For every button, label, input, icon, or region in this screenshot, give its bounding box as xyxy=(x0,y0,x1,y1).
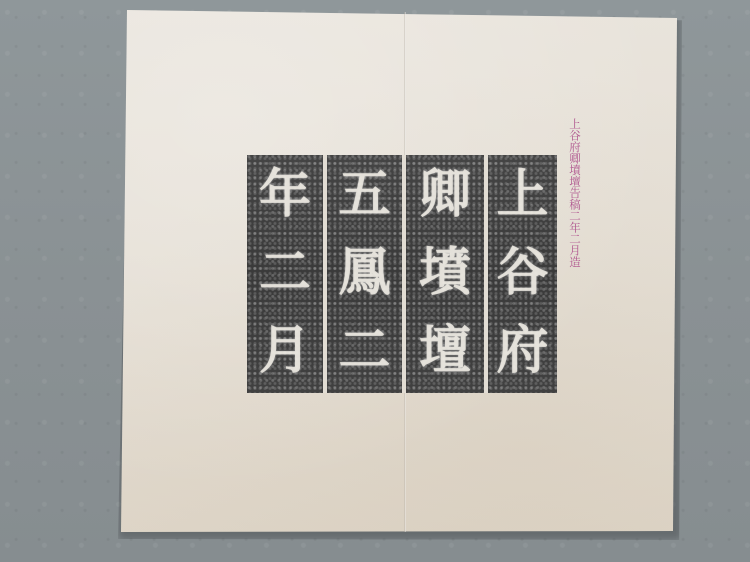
ink-rubbing: 年 二 月 五 鳳 二 卿 墳 壇 上 谷 府 xyxy=(247,155,557,393)
rubbing-character: 鳳 xyxy=(338,247,390,299)
rubbing-column-3: 卿 墳 壇 xyxy=(406,155,484,393)
rubbing-column-4: 上 谷 府 xyxy=(488,155,557,393)
handwritten-annotation: 上谷府卿墳壇告稿二年二月造 xyxy=(566,118,582,268)
rubbing-character: 府 xyxy=(496,325,548,377)
rubbing-character: 壇 xyxy=(419,325,471,377)
rubbing-character: 二 xyxy=(259,247,311,299)
rubbing-character: 谷 xyxy=(496,247,548,299)
rubbing-character: 墳 xyxy=(419,247,471,299)
rubbing-character: 月 xyxy=(259,325,311,377)
rubbing-character: 五 xyxy=(338,169,390,221)
rubbing-character: 年 xyxy=(259,169,311,221)
rubbing-column-1: 年 二 月 xyxy=(247,155,323,393)
rubbing-character: 卿 xyxy=(419,169,471,221)
rubbing-character: 二 xyxy=(338,325,390,377)
rubbing-column-2: 五 鳳 二 xyxy=(327,155,402,393)
rubbing-character: 上 xyxy=(496,169,548,221)
